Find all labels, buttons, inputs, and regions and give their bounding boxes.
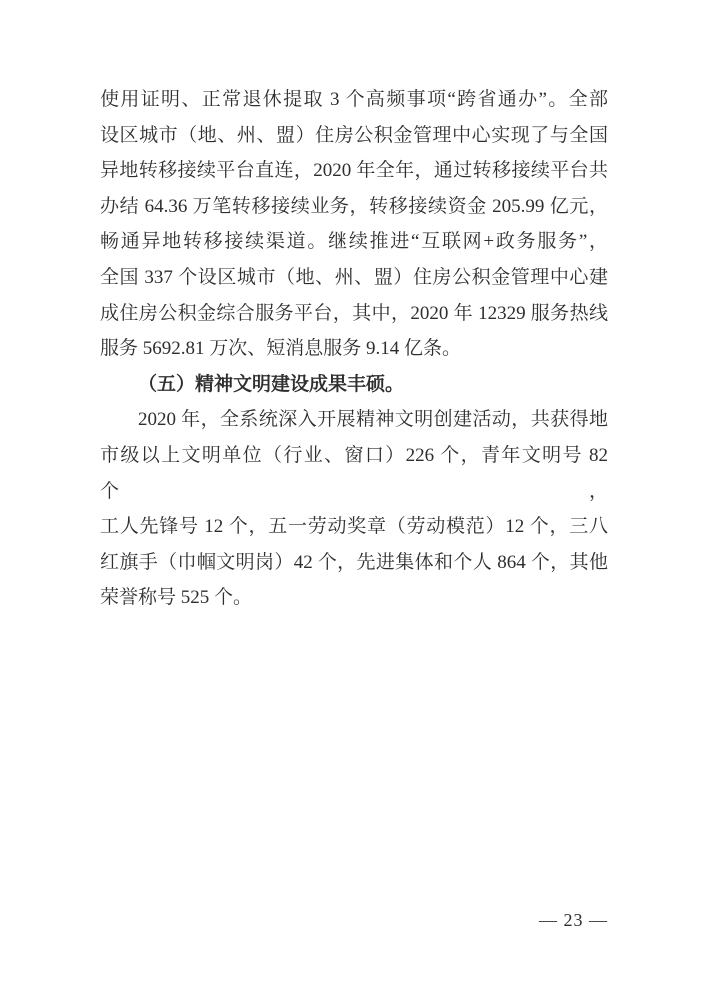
paragraph2-line: 市级以上文明单位（行业、窗口）226 个，青年文明号 82 个， bbox=[100, 438, 608, 509]
section-heading: （五）精神文明建设成果丰硕。 bbox=[100, 367, 608, 403]
paragraph1-line: 畅通异地转移接续渠道。继续推进“互联网+政务服务”， bbox=[100, 224, 608, 260]
paragraph2-line: 荣誉称号 525 个。 bbox=[100, 580, 608, 616]
document-page: 使用证明、正常退休提取 3 个高频事项“跨省通办”。全部 设区城市（地、州、盟）… bbox=[0, 0, 707, 1000]
paragraph1-line: 办结 64.36 万笔转移接续业务，转移接续资金 205.99 亿元， bbox=[100, 189, 608, 225]
paragraph2-line: 工人先锋号 12 个，五一劳动奖章（劳动模范）12 个，三八 bbox=[100, 509, 608, 545]
paragraph2-line: 红旗手（巾帼文明岗）42 个，先进集体和个人 864 个，其他 bbox=[100, 545, 608, 581]
page-number: — 23 — bbox=[539, 910, 608, 930]
paragraph1-line: 全国 337 个设区城市（地、州、盟）住房公积金管理中心建 bbox=[100, 260, 608, 296]
paragraph2-line: 2020 年，全系统深入开展精神文明创建活动，共获得地 bbox=[100, 402, 608, 438]
document-body: 使用证明、正常退休提取 3 个高频事项“跨省通办”。全部 设区城市（地、州、盟）… bbox=[100, 82, 608, 616]
paragraph1-line: 使用证明、正常退休提取 3 个高频事项“跨省通办”。全部 bbox=[100, 82, 608, 118]
paragraph1-line: 异地转移接续平台直连，2020 年全年，通过转移接续平台共 bbox=[100, 153, 608, 189]
paragraph1-line: 服务 5692.81 万次、短消息服务 9.14 亿条。 bbox=[100, 331, 608, 367]
page-footer: — 23 — bbox=[0, 906, 608, 934]
paragraph1-line: 成住房公积金综合服务平台，其中，2020 年 12329 服务热线 bbox=[100, 296, 608, 332]
paragraph1-line: 设区城市（地、州、盟）住房公积金管理中心实现了与全国 bbox=[100, 118, 608, 154]
